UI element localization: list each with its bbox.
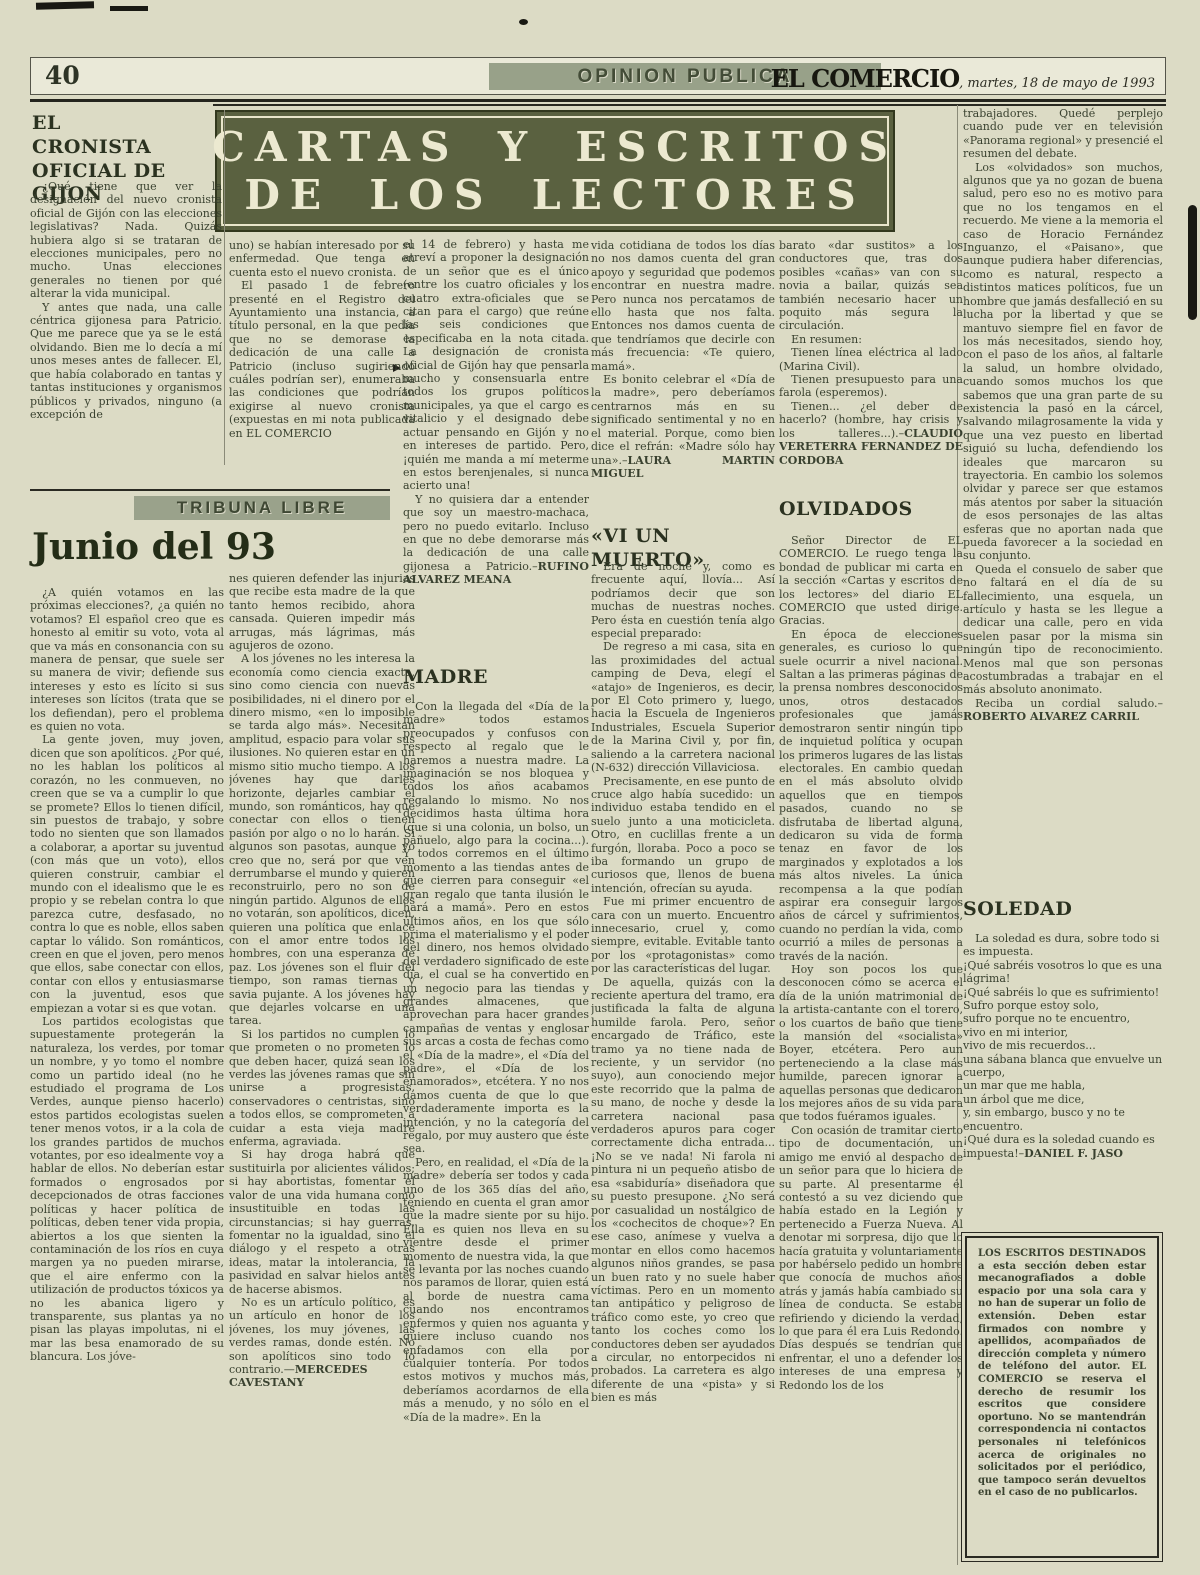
page-header: 40 OPINION PUBLICA EL COMERCIO, martes, … <box>30 57 1166 95</box>
masthead-title: EL COMERCIO <box>771 64 960 93</box>
submission-notice-box: LOS ESCRITOS DESTINADOS a esta sección d… <box>961 1232 1163 1562</box>
submission-notice-text: LOS ESCRITOS DESTINADOS a esta sección d… <box>965 1236 1159 1558</box>
paragraph: Reciba un cordial saludo.–ROBERTO ALVARE… <box>963 697 1163 724</box>
poem-line: un mar que me habla, <box>963 1079 1163 1092</box>
page-number: 40 <box>45 61 80 90</box>
paragraph: ¿Qué tiene que ver la designación del nu… <box>30 180 222 301</box>
masthead: EL COMERCIO, martes, 18 de mayo de 1993 <box>771 64 1155 93</box>
paragraph: Tienen... ¿el deber de hacerlo? (hombre,… <box>779 400 963 467</box>
paragraph: No es un artículo político, es un artícu… <box>229 1296 415 1390</box>
scan-artifact <box>1188 205 1197 320</box>
newspaper-page: 40 OPINION PUBLICA EL COMERCIO, martes, … <box>0 0 1200 1575</box>
paragraph: ¿A quién votamos en las próximas eleccio… <box>30 586 224 733</box>
paragraph: uno) se habían interesado por su enferme… <box>229 239 415 279</box>
paragraph: Tienen presupuesto para una farola (espe… <box>779 373 963 400</box>
junio-col1: ¿A quién votamos en las próximas eleccio… <box>30 586 224 1565</box>
olvidados-col5: Señor Director de EL COMERCIO. Le ruego … <box>779 534 963 1565</box>
paragraph: De aquella, quizás con la reciente apert… <box>591 976 775 1405</box>
paragraph: La gente joven, muy joven, dicen que son… <box>30 733 224 1015</box>
section-title: OPINION PUBLICA <box>578 66 793 88</box>
paragraph: Con la llegada del «Día de la madre» tod… <box>403 700 589 1156</box>
tribuna-label: TRIBUNA LIBRE <box>177 498 348 518</box>
tribuna-rule <box>30 489 390 491</box>
paragraph: Precisamente, en ese punto de cruce algo… <box>591 775 775 896</box>
olvidados-col6: trabajadores. Quedé perplejo cuando pude… <box>963 107 1163 879</box>
poem-line: una sábana blanca que envuelve un cuerpo… <box>963 1053 1163 1080</box>
paragraph: Es bonito celebrar el «Día de la madre»,… <box>591 373 775 480</box>
masthead-date: , martes, 18 de mayo de 1993 <box>959 76 1155 91</box>
poem-line: vivo de mis recuerdos... <box>963 1039 1163 1052</box>
poem-line: ¡Qué dura es la soledad cuando es impues… <box>963 1133 1163 1160</box>
paragraph: Y no quisiera dar a entender que soy un … <box>403 493 589 587</box>
junio-col2: nes quieren defender las injurias que re… <box>229 572 415 1565</box>
scan-artifact <box>110 6 148 11</box>
paragraph: De regreso a mi casa, sita en las proxim… <box>591 640 775 774</box>
paragraph: En época de elecciones generales, es cur… <box>779 628 963 963</box>
paragraph: Pero, en realidad, el «Día de la madre» … <box>403 1156 589 1424</box>
cronista-col2: uno) se habían interesado por su enferme… <box>229 239 415 479</box>
madre-col3: Con la llegada del «Día de la madre» tod… <box>403 700 589 1565</box>
paragraph: Y antes que nada, una calle céntrica gij… <box>30 301 222 422</box>
scan-artifact <box>36 1 94 10</box>
muerto-col5: barato «dar sustitos» a los conductores … <box>779 239 963 497</box>
poem-line: un árbol que me dice, <box>963 1093 1163 1106</box>
paragraph: Fue mi primer encuentro de cara con un m… <box>591 895 775 975</box>
article-title-olvidados: OLVIDADOS <box>779 498 963 522</box>
poem-line: y, sin embargo, busco y no te encuentro. <box>963 1106 1163 1133</box>
poem-line: La soledad es dura, sobre todo si es imp… <box>963 932 1163 959</box>
banner-line2: DE LOS LECTORES <box>244 171 865 219</box>
header-rule <box>30 99 1166 102</box>
paragraph: Señor Director de EL COMERCIO. Le ruego … <box>779 534 963 628</box>
soledad-poem: La soledad es dura, sobre todo si es imp… <box>963 932 1163 1222</box>
scan-artifact <box>519 19 528 25</box>
letters-banner: CARTAS Y ESCRITOS DE LOS LECTORES <box>215 110 895 232</box>
poem-line: sufro porque no te encuentro, <box>963 1012 1163 1025</box>
banner-line1: CARTAS Y ESCRITOS <box>212 123 898 171</box>
paragraph: nes quieren defender las injurias que re… <box>229 572 415 652</box>
paragraph: barato «dar sustitos» a los conductores … <box>779 239 963 333</box>
section-top-rule <box>213 104 1166 106</box>
paragraph: En resumen: <box>779 333 963 346</box>
poem-line: vivo en mi interior, <box>963 1026 1163 1039</box>
article-title-madre: MADRE <box>403 666 589 690</box>
paragraph: A los jóvenes no les interesa la economí… <box>229 652 415 1027</box>
paragraph: Hoy son pocos los que desconocen cómo se… <box>779 963 963 1124</box>
poem-line: Sufro porque estoy solo, <box>963 999 1163 1012</box>
paragraph: Los partidos ecologistas que supuestamen… <box>30 1015 224 1364</box>
article-title-junio: Junio del 93 <box>32 526 276 568</box>
madre-col4: vida cotidiana de todos los días no nos … <box>591 239 775 505</box>
paragraph: Tienen línea eléctrica al lado (Marina C… <box>779 346 963 373</box>
paragraph: trabajadores. Quedé perplejo cuando pude… <box>963 107 1163 161</box>
paragraph: Era de noche y, como es frecuente aquí, … <box>591 560 775 640</box>
column-rule <box>224 110 225 465</box>
muerto-col4: Era de noche y, como es frecuente aquí, … <box>591 560 775 1565</box>
cronista-col1: ¿Qué tiene que ver la designación del nu… <box>30 180 222 470</box>
notice-lead: LOS ESCRITOS DESTINADOS <box>978 1248 1146 1259</box>
poem-line: ¡Qué sabréis vosotros lo que es una lágr… <box>963 959 1163 986</box>
cronista-col3: el 14 de febrero) y hasta me atreví a pr… <box>403 238 589 663</box>
tribuna-banner: TRIBUNA LIBRE <box>134 496 390 520</box>
letters-banner-inner: CARTAS Y ESCRITOS DE LOS LECTORES <box>221 116 889 226</box>
paragraph: Si hay droga habrá que sustituirla por a… <box>229 1148 415 1295</box>
signature: DANIEL F. JASO <box>1024 1147 1123 1160</box>
paragraph: Queda el consuelo de saber que no faltar… <box>963 563 1163 697</box>
paragraph: vida cotidiana de todos los días no nos … <box>591 239 775 373</box>
article-title-soledad: SOLEDAD <box>963 898 1163 922</box>
paragraph: Si los partidos no cumplen lo que promet… <box>229 1028 415 1149</box>
paragraph: el 14 de febrero) y hasta me atreví a pr… <box>403 238 589 493</box>
paragraph: Con ocasión de tramitar cierto tipo de d… <box>779 1124 963 1392</box>
poem-line: ¡Qué sabréis lo que es sufrimiento! <box>963 986 1163 999</box>
signature: ROBERTO ALVAREZ CARRIL <box>963 710 1139 723</box>
paragraph: Los «olvidados» son muchos, algunos que … <box>963 161 1163 563</box>
paragraph: El pasado 1 de febrero presenté en el Re… <box>229 279 415 440</box>
